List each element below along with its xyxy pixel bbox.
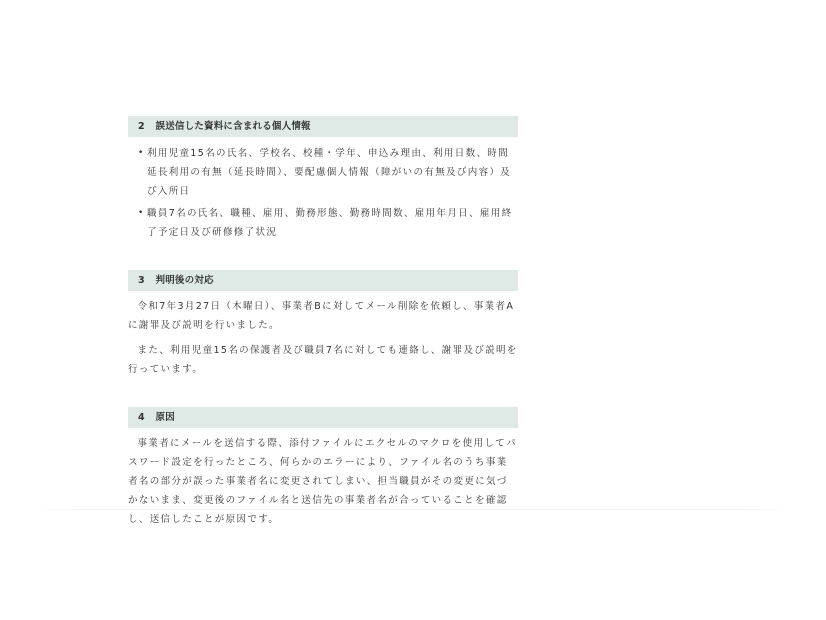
list-item: • 利用児童15名の氏名、学校名、校種・学年、申込み理由、利用日数、時間延長利用… xyxy=(128,144,518,201)
section-number: 2 xyxy=(138,116,152,137)
list-item-text: 職員7名の氏名、職種、雇用、勤務形態、勤務時間数、雇用年月日、雇用終了予定日及び… xyxy=(147,208,512,238)
section-heading: 3 判明後の対応 xyxy=(128,270,518,291)
section-number: 3 xyxy=(138,270,152,291)
divider xyxy=(30,509,796,510)
bullet-list: • 利用児童15名の氏名、学校名、校種・学年、申込み理由、利用日数、時間延長利用… xyxy=(128,144,518,242)
bullet-icon: • xyxy=(138,144,143,163)
list-item-text: 利用児童15名の氏名、学校名、校種・学年、申込み理由、利用日数、時間延長利用の有… xyxy=(147,148,511,197)
section-number: 4 xyxy=(138,407,152,428)
section-cause: 4 原因 事業者にメールを送信する際、添付ファイルにエクセルのマクロを使用してパ… xyxy=(128,407,518,529)
section-response: 3 判明後の対応 令和7年3月27日（木曜日）、事業者Bに対してメール削除を依頼… xyxy=(128,270,518,379)
section-title: 判明後の対応 xyxy=(156,275,214,286)
paragraph: 事業者にメールを送信する際、添付ファイルにエクセルのマクロを使用してパスワード設… xyxy=(128,434,518,529)
section-title: 誤送信した資料に含まれる個人情報 xyxy=(156,121,311,132)
section-heading: 4 原因 xyxy=(128,407,518,428)
document-body: 2 誤送信した資料に含まれる個人情報 • 利用児童15名の氏名、学校名、校種・学… xyxy=(128,116,518,529)
bullet-icon: • xyxy=(138,204,143,223)
section-personal-info: 2 誤送信した資料に含まれる個人情報 • 利用児童15名の氏名、学校名、校種・学… xyxy=(128,116,518,242)
list-item: • 職員7名の氏名、職種、雇用、勤務形態、勤務時間数、雇用年月日、雇用終了予定日… xyxy=(128,204,518,242)
section-title: 原因 xyxy=(156,412,175,423)
section-heading: 2 誤送信した資料に含まれる個人情報 xyxy=(128,116,518,137)
paragraph: また、利用児童15名の保護者及び職員7名に対しても連絡し、謝罪及び説明を行ってい… xyxy=(128,341,518,379)
paragraph: 令和7年3月27日（木曜日）、事業者Bに対してメール削除を依頼し、事業者Aに謝罪… xyxy=(128,297,518,335)
